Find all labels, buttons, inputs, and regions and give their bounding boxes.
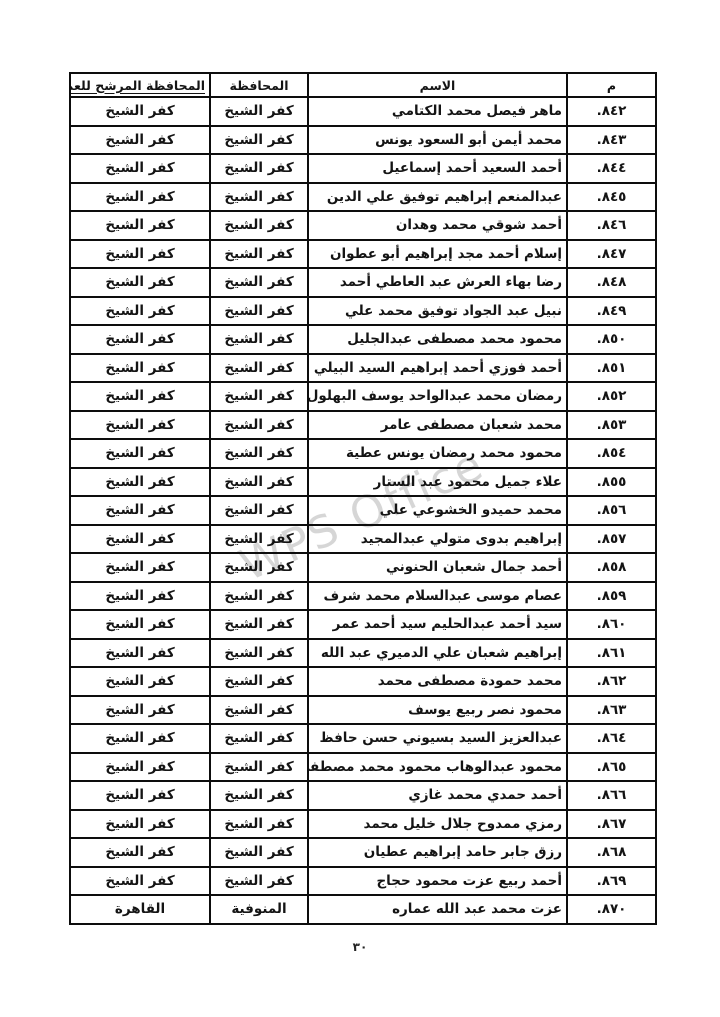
cell-nominated-governorate: كفر الشيخ — [70, 781, 210, 810]
table-row: ٨٥٦. محمد حميدو الخشوعي علي كفر الشيخ كف… — [70, 496, 656, 525]
cell-name: عبدالعزيز السيد بسيوني حسن حافظ — [308, 724, 567, 753]
cell-name: عصام موسى عبدالسلام محمد شرف — [308, 582, 567, 611]
cell-number: ٨٤٢. — [567, 97, 656, 126]
cell-nominated-governorate: كفر الشيخ — [70, 211, 210, 240]
cell-governorate: كفر الشيخ — [210, 610, 308, 639]
cell-name: محمد حميدو الخشوعي علي — [308, 496, 567, 525]
cell-governorate: كفر الشيخ — [210, 838, 308, 867]
cell-name: إسلام أحمد مجد إبراهيم أبو عطوان — [308, 240, 567, 269]
cell-nominated-governorate: كفر الشيخ — [70, 325, 210, 354]
cell-name: رزق جابر حامد إبراهيم عطيان — [308, 838, 567, 867]
cell-nominated-governorate: كفر الشيخ — [70, 525, 210, 554]
cell-number: ٨٤٣. — [567, 126, 656, 155]
cell-nominated-governorate: كفر الشيخ — [70, 667, 210, 696]
cell-number: ٨٦٤. — [567, 724, 656, 753]
table-row: ٨٤٤. أحمد السعيد أحمد إسماعيل كفر الشيخ … — [70, 154, 656, 183]
cell-nominated-governorate: كفر الشيخ — [70, 126, 210, 155]
table-row: ٨٥٧. إبراهيم بدوى متولي عبدالمجيد كفر ال… — [70, 525, 656, 554]
cell-number: ٨٦٧. — [567, 810, 656, 839]
cell-number: ٨٤٩. — [567, 297, 656, 326]
table-row: ٨٥٠. محمود محمد مصطفى عبدالجليل كفر الشي… — [70, 325, 656, 354]
table-row: ٨٥٥. علاء جميل محمود عبد الستار كفر الشي… — [70, 468, 656, 497]
table-body: ٨٤٢. ماهر فيصل محمد الكتامي كفر الشيخ كف… — [70, 97, 656, 924]
header-nominated-governorate: المحافظة المرشح للعمل بها — [70, 73, 210, 97]
cell-name: رمزي ممدوح جلال خليل محمد — [308, 810, 567, 839]
cell-governorate: كفر الشيخ — [210, 753, 308, 782]
cell-governorate: كفر الشيخ — [210, 696, 308, 725]
table-row: ٨٤٢. ماهر فيصل محمد الكتامي كفر الشيخ كف… — [70, 97, 656, 126]
cell-governorate: كفر الشيخ — [210, 496, 308, 525]
cell-number: ٨٥١. — [567, 354, 656, 383]
cell-nominated-governorate: كفر الشيخ — [70, 183, 210, 212]
cell-number: ٨٦٢. — [567, 667, 656, 696]
cell-nominated-governorate: القاهرة — [70, 895, 210, 924]
cell-governorate: كفر الشيخ — [210, 867, 308, 896]
table-row: ٨٦١. إبراهيم شعبان علي الدميري عبد الله … — [70, 639, 656, 668]
cell-name: أحمد فوزي أحمد إبراهيم السيد البيلي — [308, 354, 567, 383]
cell-name: علاء جميل محمود عبد الستار — [308, 468, 567, 497]
cell-name: عزت محمد عبد الله عماره — [308, 895, 567, 924]
cell-nominated-governorate: كفر الشيخ — [70, 810, 210, 839]
cell-name: أحمد حمدي محمد غازي — [308, 781, 567, 810]
cell-governorate: كفر الشيخ — [210, 97, 308, 126]
cell-name: محمد شعبان مصطفى عامر — [308, 411, 567, 440]
cell-name: عبدالمنعم إبراهيم توفيق علي الدين — [308, 183, 567, 212]
cell-name: ماهر فيصل محمد الكتامي — [308, 97, 567, 126]
cell-nominated-governorate: كفر الشيخ — [70, 354, 210, 383]
document-page: WPS Office م الاسم المحافظة المحافظة الم… — [0, 0, 720, 1017]
cell-governorate: كفر الشيخ — [210, 439, 308, 468]
cell-governorate: كفر الشيخ — [210, 468, 308, 497]
table-row: ٨٦٧. رمزي ممدوح جلال خليل محمد كفر الشيخ… — [70, 810, 656, 839]
header-governorate: المحافظة — [210, 73, 308, 97]
cell-nominated-governorate: كفر الشيخ — [70, 411, 210, 440]
cell-name: محمود محمد مصطفى عبدالجليل — [308, 325, 567, 354]
header-name: الاسم — [308, 73, 567, 97]
cell-governorate: كفر الشيخ — [210, 667, 308, 696]
cell-governorate: كفر الشيخ — [210, 268, 308, 297]
table-row: ٨٦٥. محمود عبدالوهاب محمود محمد مصطفى كف… — [70, 753, 656, 782]
cell-number: ٨٥٩. — [567, 582, 656, 611]
cell-governorate: كفر الشيخ — [210, 639, 308, 668]
table-row: ٨٧٠. عزت محمد عبد الله عماره المنوفية ال… — [70, 895, 656, 924]
cell-nominated-governorate: كفر الشيخ — [70, 297, 210, 326]
cell-governorate: كفر الشيخ — [210, 525, 308, 554]
cell-governorate: كفر الشيخ — [210, 810, 308, 839]
cell-governorate: كفر الشيخ — [210, 211, 308, 240]
table-row: ٨٥٨. أحمد جمال شعبان الحنوني كفر الشيخ ك… — [70, 553, 656, 582]
cell-nominated-governorate: كفر الشيخ — [70, 439, 210, 468]
table-row: ٨٤٥. عبدالمنعم إبراهيم توفيق علي الدين ك… — [70, 183, 656, 212]
cell-number: ٨٥٠. — [567, 325, 656, 354]
cell-number: ٨٦٠. — [567, 610, 656, 639]
cell-nominated-governorate: كفر الشيخ — [70, 154, 210, 183]
table-row: ٨٦٦. أحمد حمدي محمد غازي كفر الشيخ كفر ا… — [70, 781, 656, 810]
cell-number: ٨٤٨. — [567, 268, 656, 297]
cell-governorate: كفر الشيخ — [210, 154, 308, 183]
cell-nominated-governorate: كفر الشيخ — [70, 382, 210, 411]
cell-nominated-governorate: كفر الشيخ — [70, 240, 210, 269]
cell-name: نبيل عبد الجواد توفيق محمد علي — [308, 297, 567, 326]
cell-nominated-governorate: كفر الشيخ — [70, 97, 210, 126]
cell-name: محمد أيمن أبو السعود يونس — [308, 126, 567, 155]
cell-nominated-governorate: كفر الشيخ — [70, 639, 210, 668]
cell-number: ٨٦٩. — [567, 867, 656, 896]
table-row: ٨٥٢. رمضان محمد عبدالواحد يوسف البهلول ك… — [70, 382, 656, 411]
cell-name: محمود محمد رمضان يونس عطية — [308, 439, 567, 468]
cell-name: سيد أحمد عبدالحليم سيد أحمد عمر — [308, 610, 567, 639]
cell-number: ٨٥٧. — [567, 525, 656, 554]
table-row: ٨٤٩. نبيل عبد الجواد توفيق محمد علي كفر … — [70, 297, 656, 326]
cell-name: أحمد شوقي محمد وهدان — [308, 211, 567, 240]
cell-number: ٨٤٧. — [567, 240, 656, 269]
cell-number: ٨٧٠. — [567, 895, 656, 924]
cell-governorate: كفر الشيخ — [210, 382, 308, 411]
cell-number: ٨٦١. — [567, 639, 656, 668]
cell-governorate: كفر الشيخ — [210, 325, 308, 354]
table-header: م الاسم المحافظة المحافظة المرشح للعمل ب… — [70, 73, 656, 97]
table-row: ٨٦٢. محمد حمودة مصطفى محمد كفر الشيخ كفر… — [70, 667, 656, 696]
cell-governorate: كفر الشيخ — [210, 582, 308, 611]
cell-name: رضا بهاء العرش عبد العاطي أحمد — [308, 268, 567, 297]
cell-number: ٨٤٥. — [567, 183, 656, 212]
table-row: ٨٥٤. محمود محمد رمضان يونس عطية كفر الشي… — [70, 439, 656, 468]
page-number: ٣٠ — [0, 940, 720, 954]
table-row: ٨٥٩. عصام موسى عبدالسلام محمد شرف كفر ال… — [70, 582, 656, 611]
cell-number: ٨٥٤. — [567, 439, 656, 468]
cell-number: ٨٥٢. — [567, 382, 656, 411]
cell-governorate: كفر الشيخ — [210, 411, 308, 440]
cell-governorate: كفر الشيخ — [210, 354, 308, 383]
table-row: ٨٦٠. سيد أحمد عبدالحليم سيد أحمد عمر كفر… — [70, 610, 656, 639]
cell-name: إبراهيم بدوى متولي عبدالمجيد — [308, 525, 567, 554]
table-row: ٨٤٦. أحمد شوقي محمد وهدان كفر الشيخ كفر … — [70, 211, 656, 240]
cell-governorate: كفر الشيخ — [210, 781, 308, 810]
cell-number: ٨٥٨. — [567, 553, 656, 582]
cell-governorate: كفر الشيخ — [210, 183, 308, 212]
cell-nominated-governorate: كفر الشيخ — [70, 610, 210, 639]
cell-name: محمود عبدالوهاب محمود محمد مصطفى — [308, 753, 567, 782]
table-row: ٨٦٣. محمود نصر ربيع يوسف كفر الشيخ كفر ا… — [70, 696, 656, 725]
cell-name: محمود نصر ربيع يوسف — [308, 696, 567, 725]
cell-governorate: كفر الشيخ — [210, 240, 308, 269]
cell-governorate: كفر الشيخ — [210, 126, 308, 155]
cell-nominated-governorate: كفر الشيخ — [70, 696, 210, 725]
cell-nominated-governorate: كفر الشيخ — [70, 268, 210, 297]
table-row: ٨٦٤. عبدالعزيز السيد بسيوني حسن حافظ كفر… — [70, 724, 656, 753]
table-row: ٨٥١. أحمد فوزي أحمد إبراهيم السيد البيلي… — [70, 354, 656, 383]
cell-governorate: كفر الشيخ — [210, 724, 308, 753]
cell-nominated-governorate: كفر الشيخ — [70, 838, 210, 867]
candidates-table: م الاسم المحافظة المحافظة المرشح للعمل ب… — [69, 72, 657, 925]
table-row: ٨٦٨. رزق جابر حامد إبراهيم عطيان كفر الش… — [70, 838, 656, 867]
header-number: م — [567, 73, 656, 97]
cell-nominated-governorate: كفر الشيخ — [70, 867, 210, 896]
cell-nominated-governorate: كفر الشيخ — [70, 724, 210, 753]
header-row: م الاسم المحافظة المحافظة المرشح للعمل ب… — [70, 73, 656, 97]
cell-nominated-governorate: كفر الشيخ — [70, 553, 210, 582]
cell-number: ٨٥٣. — [567, 411, 656, 440]
cell-number: ٨٦٥. — [567, 753, 656, 782]
table-row: ٨٦٩. أحمد ربيع عزت محمود حجاج كفر الشيخ … — [70, 867, 656, 896]
cell-name: محمد حمودة مصطفى محمد — [308, 667, 567, 696]
table-row: ٨٤٧. إسلام أحمد مجد إبراهيم أبو عطوان كف… — [70, 240, 656, 269]
cell-number: ٨٦٨. — [567, 838, 656, 867]
cell-name: أحمد السعيد أحمد إسماعيل — [308, 154, 567, 183]
cell-nominated-governorate: كفر الشيخ — [70, 753, 210, 782]
cell-number: ٨٥٦. — [567, 496, 656, 525]
table-row: ٨٥٣. محمد شعبان مصطفى عامر كفر الشيخ كفر… — [70, 411, 656, 440]
table-row: ٨٤٨. رضا بهاء العرش عبد العاطي أحمد كفر … — [70, 268, 656, 297]
cell-governorate: كفر الشيخ — [210, 553, 308, 582]
cell-name: إبراهيم شعبان علي الدميري عبد الله — [308, 639, 567, 668]
cell-governorate: كفر الشيخ — [210, 297, 308, 326]
cell-number: ٨٦٣. — [567, 696, 656, 725]
cell-governorate: المنوفية — [210, 895, 308, 924]
cell-number: ٨٤٤. — [567, 154, 656, 183]
cell-number: ٨٦٦. — [567, 781, 656, 810]
cell-number: ٨٤٦. — [567, 211, 656, 240]
cell-name: رمضان محمد عبدالواحد يوسف البهلول — [308, 382, 567, 411]
cell-nominated-governorate: كفر الشيخ — [70, 468, 210, 497]
cell-number: ٨٥٥. — [567, 468, 656, 497]
table-row: ٨٤٣. محمد أيمن أبو السعود يونس كفر الشيخ… — [70, 126, 656, 155]
cell-nominated-governorate: كفر الشيخ — [70, 496, 210, 525]
cell-nominated-governorate: كفر الشيخ — [70, 582, 210, 611]
cell-name: أحمد جمال شعبان الحنوني — [308, 553, 567, 582]
cell-name: أحمد ربيع عزت محمود حجاج — [308, 867, 567, 896]
